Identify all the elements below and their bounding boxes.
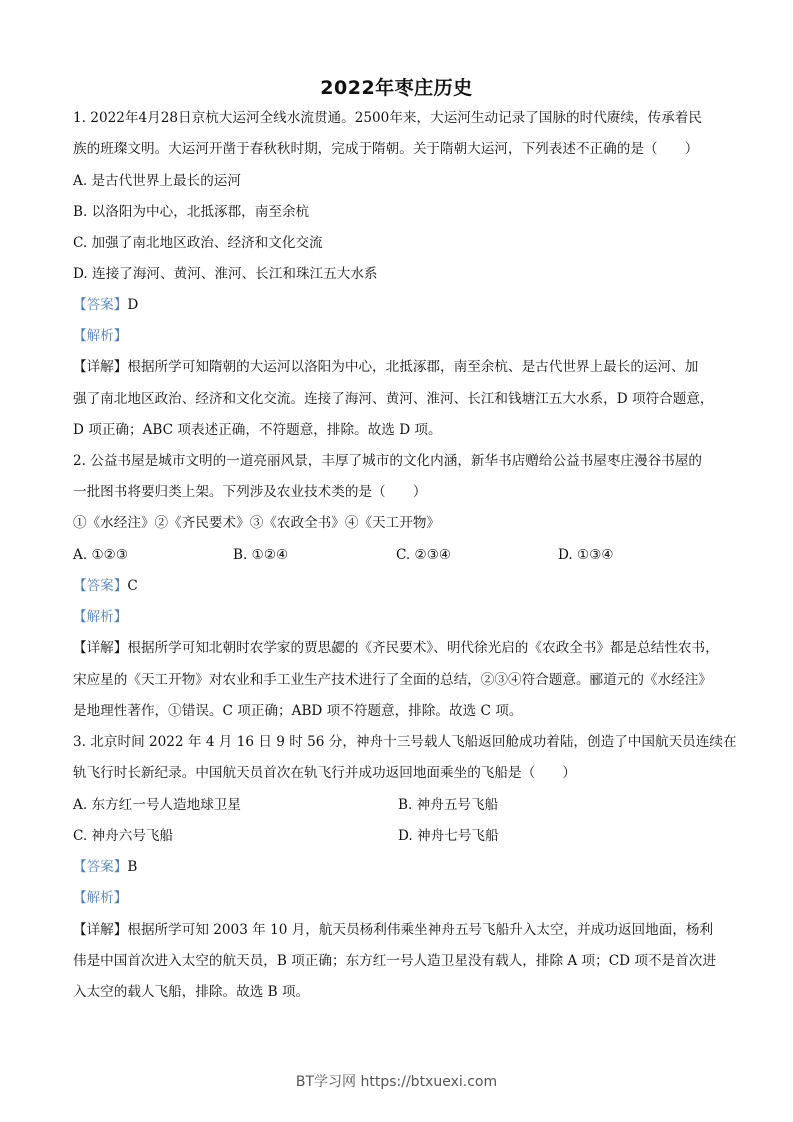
detail-line: 【详解】根据所学可知隋朝的大运河以洛阳为中心，北抵涿郡，南至余杭、是古代世界上最…	[73, 358, 698, 376]
detail-text: 根据所学可知 2003 年 10 月，航天员杨利伟乘坐神舟五号飞船升入太空，并成…	[127, 922, 713, 938]
option-a: A. 东方红一号人造地球卫星	[73, 796, 241, 814]
answer-label: 【答案】	[73, 578, 127, 594]
option-d: D. ①③④	[558, 546, 614, 564]
detail-text: 根据所学可知隋朝的大运河以洛阳为中心，北抵涿郡，南至余杭、是古代世界上最长的运河…	[127, 359, 698, 375]
detail-line: 是地理性著作，①错误。C 项正确；ABD 项不符题意，排除。故选 C 项。	[73, 702, 522, 720]
answer-label: 【答案】	[73, 297, 127, 313]
detail-line: 伟是中国首次进入太空的航天员，B 项正确；东方红一号人造卫星没有载人，排除 A …	[73, 952, 716, 970]
detail-line: 入太空的载人飞船，排除。故选 B 项。	[73, 983, 309, 1001]
question-stem-line: 族的班璨文明。大运河开凿于春秋秋时期，完成于隋朝。关于隋朝大运河，下列表述不正确…	[73, 140, 698, 158]
detail-line: 【详解】根据所学可知 2003 年 10 月，航天员杨利伟乘坐神舟五号飞船升入太…	[73, 921, 713, 939]
detail-label: 【详解】	[73, 922, 127, 938]
question-stem-line: 2. 公益书屋是城市文明的一道亮丽风景，丰厚了城市的文化内涵，新华书店赠给公益书…	[73, 452, 702, 470]
detail-line: D 项正确；ABC 项表述正确，不符题意，排除。故选 D 项。	[73, 421, 442, 439]
question-stem-line: 轨飞行时长新纪录。中国航天员首次在轨飞行并成功返回地面乘坐的飞船是（ ）	[73, 764, 576, 782]
option-b: B. ①②④	[233, 546, 288, 564]
option-c: C. ②③④	[396, 546, 451, 564]
answer-value: C	[127, 578, 137, 594]
detail-text: 根据所学可知北朝时农学家的贾思勰的《齐民要术》、明代徐光启的《农政全书》都是总结…	[127, 640, 718, 656]
document-title: 2022年枣庄历史	[0, 73, 793, 100]
option-a: A. 是古代世界上最长的运河	[73, 172, 241, 190]
analysis-label: 【解析】	[73, 327, 127, 345]
analysis-label: 【解析】	[73, 608, 127, 626]
answer-value: B	[127, 859, 137, 875]
detail-line: 强了南北地区政治、经济和文化交流。连接了海河、黄河、淮河、长江和钱塘江五大水系，…	[73, 390, 714, 408]
option-d: D. 连接了海河、黄河、淮河、长江和珠江五大水系	[73, 265, 378, 283]
option-b: B. 神舟五号飞船	[398, 796, 498, 814]
detail-label: 【详解】	[73, 640, 127, 656]
question-stem-line: ①《水经注》②《齐民要术》③《农政全书》④《天工开物》	[73, 514, 440, 532]
option-a: A. ①②③	[73, 546, 128, 564]
question-stem-line: 一批图书将要归类上架。下列涉及农业技术类的是（ ）	[73, 483, 426, 501]
answer-label: 【答案】	[73, 859, 127, 875]
option-c: C. 神舟六号飞船	[73, 827, 173, 845]
detail-label: 【详解】	[73, 359, 127, 375]
footer-watermark: BT学习网 https://btxuexi.com	[0, 1071, 793, 1091]
answer-row: 【答案】D	[73, 296, 138, 314]
answer-value: D	[127, 297, 138, 313]
detail-line: 【详解】根据所学可知北朝时农学家的贾思勰的《齐民要术》、明代徐光启的《农政全书》…	[73, 639, 719, 657]
detail-line: 宋应星的《天工开物》对农业和手工业生产技术进行了全面的总结，②③④符合题意。郦道…	[73, 671, 712, 689]
option-d: D. 神舟七号飞船	[398, 827, 499, 845]
option-b: B. 以洛阳为中心，北抵涿郡，南至余杭	[73, 203, 309, 221]
question-stem-line: 1. 2022年4月28日京杭大运河全线水流贯通。2500年来，大运河生动记录了…	[73, 109, 702, 127]
answer-row: 【答案】C	[73, 577, 138, 595]
option-c: C. 加强了南北地区政治、经济和文化交流	[73, 234, 323, 252]
analysis-label: 【解析】	[73, 889, 127, 907]
question-stem-line: 3. 北京时间 2022 年 4 月 16 日 9 时 56 分，神舟十三号载人…	[73, 733, 737, 751]
answer-row: 【答案】B	[73, 858, 137, 876]
